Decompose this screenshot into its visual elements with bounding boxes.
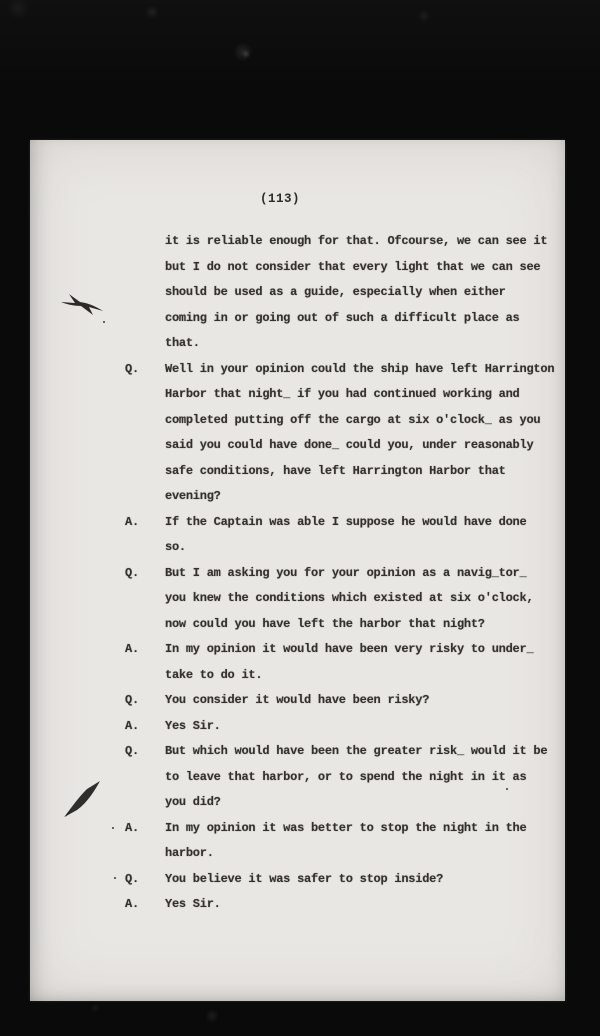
transcript-line: You believe it was safer to stop inside? [165,867,443,893]
qa-block: A.In my opinion it was better to stop th… [30,816,565,867]
line-column: You consider it would have been risky? [165,688,429,714]
transcript-line: Harbor that night_ if you had continued … [165,382,554,408]
qa-block: A.Yes Sir. [30,892,565,918]
transcript-line: coming in or going out of such a difficu… [165,306,547,332]
qa-block: Q.But I am asking you for your opinion a… [30,561,565,638]
transcript-line: you did? [165,790,547,816]
transcript: it is reliable enough for that. Ofcourse… [30,229,565,918]
transcript-line: But which would have been the greater ri… [165,739,547,765]
qa-block: Q.But which would have been the greater … [30,739,565,816]
transcript-line: In my opinion it would have been very ri… [165,637,533,663]
transcript-line: should be used as a guide, especially wh… [165,280,547,306]
page-number: (113) [30,192,530,206]
ink-speck [112,827,114,829]
transcript-line: that. [165,331,547,357]
line-column: Yes Sir. [165,714,221,740]
speaker-label: Q. [125,688,165,714]
transcript-line: it is reliable enough for that. Ofcourse… [165,229,547,255]
transcript-line: evening? [165,484,554,510]
line-column: But which would have been the greater ri… [165,739,547,816]
ink-speck [114,877,116,879]
handwritten-ink-stroke-icon [64,781,102,817]
qa-block: A.If the Captain was able I suppose he w… [30,510,565,561]
speaker-label: Q. [125,867,165,893]
transcript-line: but I do not consider that every light t… [165,255,547,281]
speaker-label: A. [125,816,165,842]
microfilm-frame: (113) it is reliable enough for that. Of… [0,0,600,1036]
speaker-label: A. [125,637,165,663]
transcript-line: you knew the conditions which existed at… [165,586,533,612]
line-column: Well in your opinion could the ship have… [165,357,554,510]
transcript-line: In my opinion it was better to stop the … [165,816,526,842]
transcript-line: said you could have done_ could you, und… [165,433,554,459]
line-column: In my opinion it would have been very ri… [165,637,533,688]
speaker-label: Q. [125,739,165,765]
line-column: You believe it was safer to stop inside? [165,867,443,893]
transcript-line: harbor. [165,841,526,867]
qa-block: Q.You believe it was safer to stop insid… [30,867,565,893]
speaker-label: Q. [125,561,165,587]
speaker-label: Q. [125,357,165,383]
qa-block: Q.Well in your opinion could the ship ha… [30,357,565,510]
ink-speck [506,788,508,790]
transcript-line: take to do it. [165,663,533,689]
transcript-line: Well in your opinion could the ship have… [165,357,554,383]
line-column: In my opinion it was better to stop the … [165,816,526,867]
transcript-line: You consider it would have been risky? [165,688,429,714]
qa-block: it is reliable enough for that. Ofcourse… [30,229,565,357]
transcript-line: If the Captain was able I suppose he wou… [165,510,526,536]
qa-block: Q.You consider it would have been risky? [30,688,565,714]
speaker-label: A. [125,714,165,740]
transcript-line: so. [165,535,526,561]
line-column: it is reliable enough for that. Ofcourse… [165,229,547,357]
qa-block: A.Yes Sir. [30,714,565,740]
transcript-line: now could you have left the harbor that … [165,612,533,638]
scanned-transcript-page: (113) it is reliable enough for that. Of… [30,140,565,1001]
line-column: But I am asking you for your opinion as … [165,561,533,638]
transcript-line: Yes Sir. [165,892,221,918]
speaker-label: A. [125,510,165,536]
transcript-line: completed putting off the cargo at six o… [165,408,554,434]
line-column: Yes Sir. [165,892,221,918]
transcript-line: Yes Sir. [165,714,221,740]
speaker-label: A. [125,892,165,918]
transcript-line: to leave that harbor, or to spend the ni… [165,765,547,791]
qa-block: A.In my opinion it would have been very … [30,637,565,688]
handwritten-ink-arrow-icon [60,291,104,317]
line-column: If the Captain was able I suppose he wou… [165,510,526,561]
transcript-line: safe conditions, have left Harrington Ha… [165,459,554,485]
ink-speck [103,321,105,323]
transcript-line: But I am asking you for your opinion as … [165,561,533,587]
